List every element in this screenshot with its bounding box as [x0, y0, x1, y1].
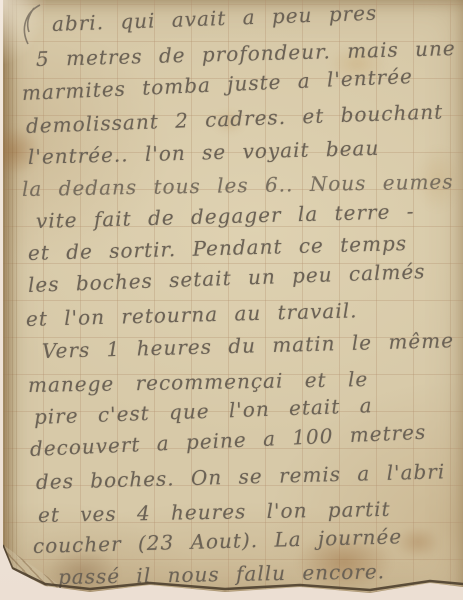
- letter-page: abri. qui avait a peu pres 5 metres de p…: [0, 0, 463, 600]
- worn-binding-edge: [0, 0, 18, 600]
- torn-bottom-edge-line: [0, 540, 463, 600]
- scanned-letter-photo: abri. qui avait a peu pres 5 metres de p…: [0, 0, 463, 600]
